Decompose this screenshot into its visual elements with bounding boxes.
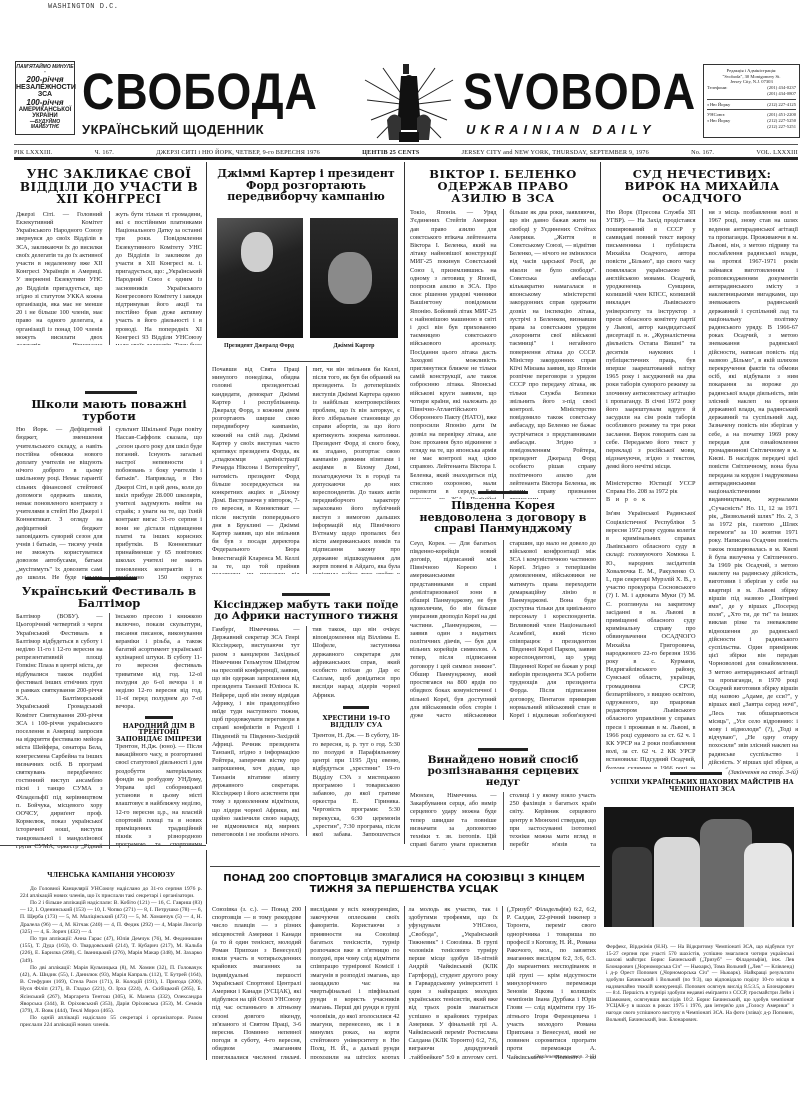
text-column: жуть бути тільки ті громадяни, які є пос… xyxy=(116,211,203,345)
phone-row: (201) 434-0807 xyxy=(707,91,796,97)
text-block: Трентон, Н.Дж. (юно). — Після вакаційног… xyxy=(116,743,203,849)
price: ЦЕНТІВ 25 CENTS xyxy=(362,149,419,156)
article-body: Балтімор (ВОБУ). — Цьогорічний четвертий… xyxy=(16,613,202,849)
text-block: („Тризуб" Філадельфія) 6:2, 6:2, Р. Салд… xyxy=(507,906,596,1059)
article-body: Сеул, Корея. — Для багатьох південно-кор… xyxy=(410,540,596,720)
paragraph: По дві аплікації: Марія Кульчицька (8), … xyxy=(20,965,202,1015)
statue-of-liberty-emblem-icon xyxy=(363,60,455,142)
phone-row: з Ню Йорку(212) 227-4125 xyxy=(707,102,796,108)
article-body: До Головної Канцелярії УНСоюзу надіслано… xyxy=(20,886,202,1030)
article-carter-ford: Джіммі Картер і президент Форд розгортаю… xyxy=(212,168,400,203)
text-column: Ню Йорк. — Дефіцитний бюджет, зменшення … xyxy=(16,426,103,582)
paragraph: По одній аплікації надіслало 55 секретар… xyxy=(20,1015,202,1029)
portrait-face xyxy=(241,232,273,272)
library-stamp: WASHINGTON D.C. xyxy=(48,3,119,11)
person-figure xyxy=(744,843,792,927)
column-rule xyxy=(503,792,504,850)
verdict-label: В и р о к xyxy=(606,496,696,504)
text-column: їнською пресою і книжкою включно, покази… xyxy=(116,613,203,849)
column-rule xyxy=(305,906,306,1059)
text-column: ня з місць позбавлення волі в 1967 році,… xyxy=(709,209,799,769)
article-body: Мюнхен, Німеччина. — Закарбування серця,… xyxy=(410,792,596,850)
column-rule xyxy=(109,211,110,345)
headline: УНС ЗАКЛИКАЄ СВОЇ ВІДДІЛИ ДО УЧАСТИ В XI… xyxy=(16,168,202,206)
photo-chess-masters xyxy=(604,807,794,927)
text-column: Гамбурґ, Німеччина. — Державний секретар… xyxy=(212,626,300,836)
photo-jimmy-carter xyxy=(310,218,398,338)
ear-left-line: —БУДУЙМО МАЙБУТНЄ xyxy=(16,120,74,131)
text-column: Почавши від Свята Праці минулого понеділ… xyxy=(212,366,300,574)
article-body: Гамбурґ, Німеччина. — Державний секретар… xyxy=(212,626,400,836)
article-soyuzivka-sports: ПОНАД 200 СПОРТОВЦІВ ЗМАГАЛИСЯ НА СОЮЗІВ… xyxy=(212,874,596,895)
text-column: вислідами у всіх конкуренціях, закочуючи… xyxy=(310,906,399,1059)
text-column: („Тризуб" Філадельфія) 6:2, 6:2, Р. Салд… xyxy=(507,906,596,1059)
column-rule xyxy=(206,850,207,1060)
text-column: Мюнхен, Німеччина. — Закарбування серця,… xyxy=(410,792,497,850)
headline: ПОНАД 200 СПОРТОВЦІВ ЗМАГАЛИСЯ НА СОЮЗІВ… xyxy=(212,874,596,895)
ear-left-line: ПАМ'ЯТАЙМО МИНУЛЕ - xyxy=(16,65,74,76)
column-rule xyxy=(306,366,307,574)
headline-ssa: ХРЕСТИНИ 19-ГО ВІДДІЛУ СУА xyxy=(313,715,401,729)
paragraph: До Головної Канцелярії УНСоюзу надіслано… xyxy=(20,886,202,900)
column-rule xyxy=(600,162,601,772)
phone-label: з Ню Йорку xyxy=(707,102,730,108)
divider xyxy=(478,491,528,494)
ear-left-line: 100-річчя xyxy=(16,99,74,107)
paragraph: По 2 і більше аплікацій надіслали: В. Ко… xyxy=(20,900,202,936)
ministry-reference: Міністерство Юстиції УССР Справа Но. 208… xyxy=(606,480,696,496)
masthead-subtitle-latin: UKRAINIAN DAILY xyxy=(466,122,656,137)
place-date-ukr: ДЖЕРЗІ СИТІ і НЮ ЙОРК, ЧЕТВЕР, 9-го ВЕРЕ… xyxy=(156,149,320,156)
volume-eng: VOL. LXXXIII xyxy=(756,149,798,156)
column-rule xyxy=(503,540,504,720)
paragraph: По три аплікації: Анна Гарас (47), Юлія … xyxy=(20,936,202,965)
photo-caption: Джіммі Картер xyxy=(308,343,400,349)
article-body: Ню Йорк (Пресова Служба ЗП УГВР). — На З… xyxy=(606,209,798,769)
column-rule xyxy=(109,426,110,582)
article-body: Почавши від Свята Праці минулого понеділ… xyxy=(212,366,400,574)
divider xyxy=(707,99,796,100)
chess-caption: Ферфекс, Вірджінія (Н.Н). — На Відкритом… xyxy=(606,944,794,1023)
text-column: сультант Шкільної Ради повіту Нассав-Саф… xyxy=(116,426,203,582)
text-column: Токіо, Японія. — Уряд З'єдинених Стейтів… xyxy=(410,209,497,499)
masthead-title-latin: SVOBODA xyxy=(463,62,696,121)
divider xyxy=(478,748,528,751)
text-column: старшин, що мало не довело до військової… xyxy=(510,540,597,720)
divider xyxy=(343,706,369,709)
person-figure xyxy=(612,847,652,927)
article-body: Союзівка (з. с.). — Понад 200 спортовців… xyxy=(212,906,596,1059)
headline: Школи мають поважні турботи xyxy=(16,398,202,422)
masthead-rule xyxy=(14,157,798,160)
article-uns-congress: УНС ЗАКЛИКАЄ СВОЇ ВІДДІЛИ ДО УЧАСТИ В XI… xyxy=(16,168,202,345)
divider xyxy=(85,577,137,580)
article-body: Ню Йорк. — Дефіцитний бюджет, зменшення … xyxy=(16,426,202,582)
divider xyxy=(670,772,722,775)
article-kissinger: Кіссінджер мабуть таки поїде до Африки н… xyxy=(212,600,400,836)
headline: Український Фестиваль в Балтімор xyxy=(16,585,202,609)
column-rule xyxy=(503,209,504,499)
text-column: столиці і у якому взяло участь 250 фахів… xyxy=(510,792,597,850)
headline: Джіммі Картер і президент Форд розгортаю… xyxy=(212,168,400,203)
ear-left-line: 200-річчя xyxy=(16,76,74,84)
photo-gerald-ford xyxy=(217,218,303,338)
article-belenko: ВІКТОР І. БЕЛЕНКО ОДЕРЖАВ ПРАВО АЗИЛЮ В … xyxy=(410,168,596,499)
text-column: Балтімор (ВОБУ). — Цьогорічний четвертий… xyxy=(16,613,103,849)
continued-note: (Закінчення на стор. 3-ій) xyxy=(500,1053,596,1061)
article-body: Джерзі Сіті. — Головний Екзекутивний Ком… xyxy=(16,211,202,345)
masthead-title-cyrillic: СВОБОДА xyxy=(82,62,318,121)
headline: СУД НЕЧЕСТИВИХ: ВИРОК НА МИХАЙЛА ОСАДЧОГ… xyxy=(606,168,798,204)
divider xyxy=(707,109,796,110)
headline: Південна Корея невдоволена з договору в … xyxy=(410,500,596,535)
article-south-korea: Південна Корея невдоволена з договору в … xyxy=(410,500,596,720)
article-osadchy-verdict: СУД НЕЧЕСТИВИХ: ВИРОК НА МИХАЙЛА ОСАДЧОГ… xyxy=(606,168,798,777)
text-block: Трентон, Н. Дж. — В суботу, 18-го вересн… xyxy=(313,732,401,836)
article-heart-diagnosis: Винайдено новий спосіб розпізнавання сер… xyxy=(410,755,596,850)
text-block: їнською пресою і книжкою включно, покази… xyxy=(116,613,203,711)
headline: ВІКТОР І. БЕЛЕНКО ОДЕРЖАВ ПРАВО АЗИЛЮ В … xyxy=(410,168,596,204)
column-rule xyxy=(502,906,503,1059)
text-block: тив також, що він очікує віповідомлення … xyxy=(313,626,401,700)
divider xyxy=(0,845,206,846)
divider xyxy=(85,391,137,394)
person-figure xyxy=(654,837,700,927)
text-column: пит, чи він звільнив би Келлі, після тог… xyxy=(313,366,401,574)
column-rule xyxy=(109,613,110,849)
phone-number: (212) 227-5251 xyxy=(767,124,796,130)
year-ukr: РІК LXXXIII. xyxy=(14,149,53,156)
text-column: Союзівка (з. с.). — Понад 200 спортовців… xyxy=(212,906,301,1059)
text-column: Сеул, Корея. — Для багатьох південно-кор… xyxy=(410,540,497,720)
headline: Винайдено новий спосіб розпізнавання сер… xyxy=(410,755,596,788)
text-column: Ню Йорк (Пресова Служба ЗП УГВР). — На З… xyxy=(606,209,696,769)
text-column: тив також, що він очікує віповідомлення … xyxy=(313,626,401,836)
headline: Кіссінджер мабуть таки поїде до Африки н… xyxy=(212,600,400,622)
phone-label: з Ню Йорку xyxy=(707,118,730,124)
text-column: ла молодь як участю, так і здобутими тро… xyxy=(409,906,498,1059)
divider xyxy=(210,866,600,867)
column-rule xyxy=(206,162,207,844)
headline-trenton-house: НАРОДНИЙ ДІМ В ТРЕНТОНІ ЗАПОВІДАЄ ІМПРЕЗ… xyxy=(116,723,203,743)
text-block: Ню Йорк (Пресова Служба ЗП УГВР). — На З… xyxy=(606,209,696,472)
text-column: більше як два роки, заявляючи, що він да… xyxy=(510,209,597,499)
article-schools: Школи мають поважні турботи Ню Йорк. — Д… xyxy=(16,398,202,582)
masthead-subtitle-cyrillic: УКРАЇНСЬКИЙ ЩОДЕННИК xyxy=(82,122,264,137)
divider xyxy=(282,593,330,596)
ear-left-box: ПАМ'ЯТАЙМО МИНУЛЕ - 200-річчя НЕЗАЛЕЖНОС… xyxy=(15,61,75,135)
ear-left-line: АМЕРИКАНСЬКОЇ УКРАЇНИ xyxy=(16,107,74,120)
column-rule xyxy=(404,906,405,1059)
issue-number-eng: No. 167. xyxy=(691,149,714,156)
article-membership-campaign: ЧЛЕНСЬКА КАМПАНІЯ УНСОЮЗУ До Головної Ка… xyxy=(20,873,202,1030)
divider xyxy=(145,716,173,719)
text-block: Ім'ям Української Радянської Соціялістич… xyxy=(606,510,696,769)
phone-label: Телефони: xyxy=(707,85,728,91)
column-rule xyxy=(404,162,405,844)
column-rule xyxy=(306,626,307,836)
divider xyxy=(270,361,340,362)
headline: УСПІХИ УКРАЇНСЬКИХ ШАХОВИХ МАЙСТРІВ НА Ч… xyxy=(606,780,798,793)
issue-number-ukr: Ч. 167. xyxy=(95,149,114,156)
text-column: Джерзі Сіті. — Головний Екзекутивний Ком… xyxy=(16,211,103,345)
article-chess: УСПІХИ УКРАЇНСЬКИХ ШАХОВИХ МАЙСТРІВ НА Ч… xyxy=(606,780,798,793)
column-rule xyxy=(702,209,703,769)
place-date-eng: JERSEY CITY and NEW YORK, THURSDAY, SEPT… xyxy=(462,149,649,156)
phone-number: (201) 434-0807 xyxy=(767,91,796,97)
article-body: Токіо, Японія. — Уряд З'єдинених Стейтів… xyxy=(410,209,596,499)
headline: ЧЛЕНСЬКА КАМПАНІЯ УНСОЮЗУ xyxy=(20,873,202,880)
photo-caption: Президент Джералд Форд xyxy=(212,343,306,349)
article-baltimore-festival: Український Фестиваль в Балтімор Балтімо… xyxy=(16,585,202,849)
ear-left-line: НЕЗАЛЕЖНОСТИ ЗСА xyxy=(16,84,74,99)
ear-right-contact-box: Редакція і Адміністрація: "Svoboda", 30 … xyxy=(703,64,800,138)
portrait-face xyxy=(328,252,372,304)
phone-number: (212) 227-4125 xyxy=(767,102,796,108)
phone-row: (212) 227-5251 xyxy=(707,124,796,130)
